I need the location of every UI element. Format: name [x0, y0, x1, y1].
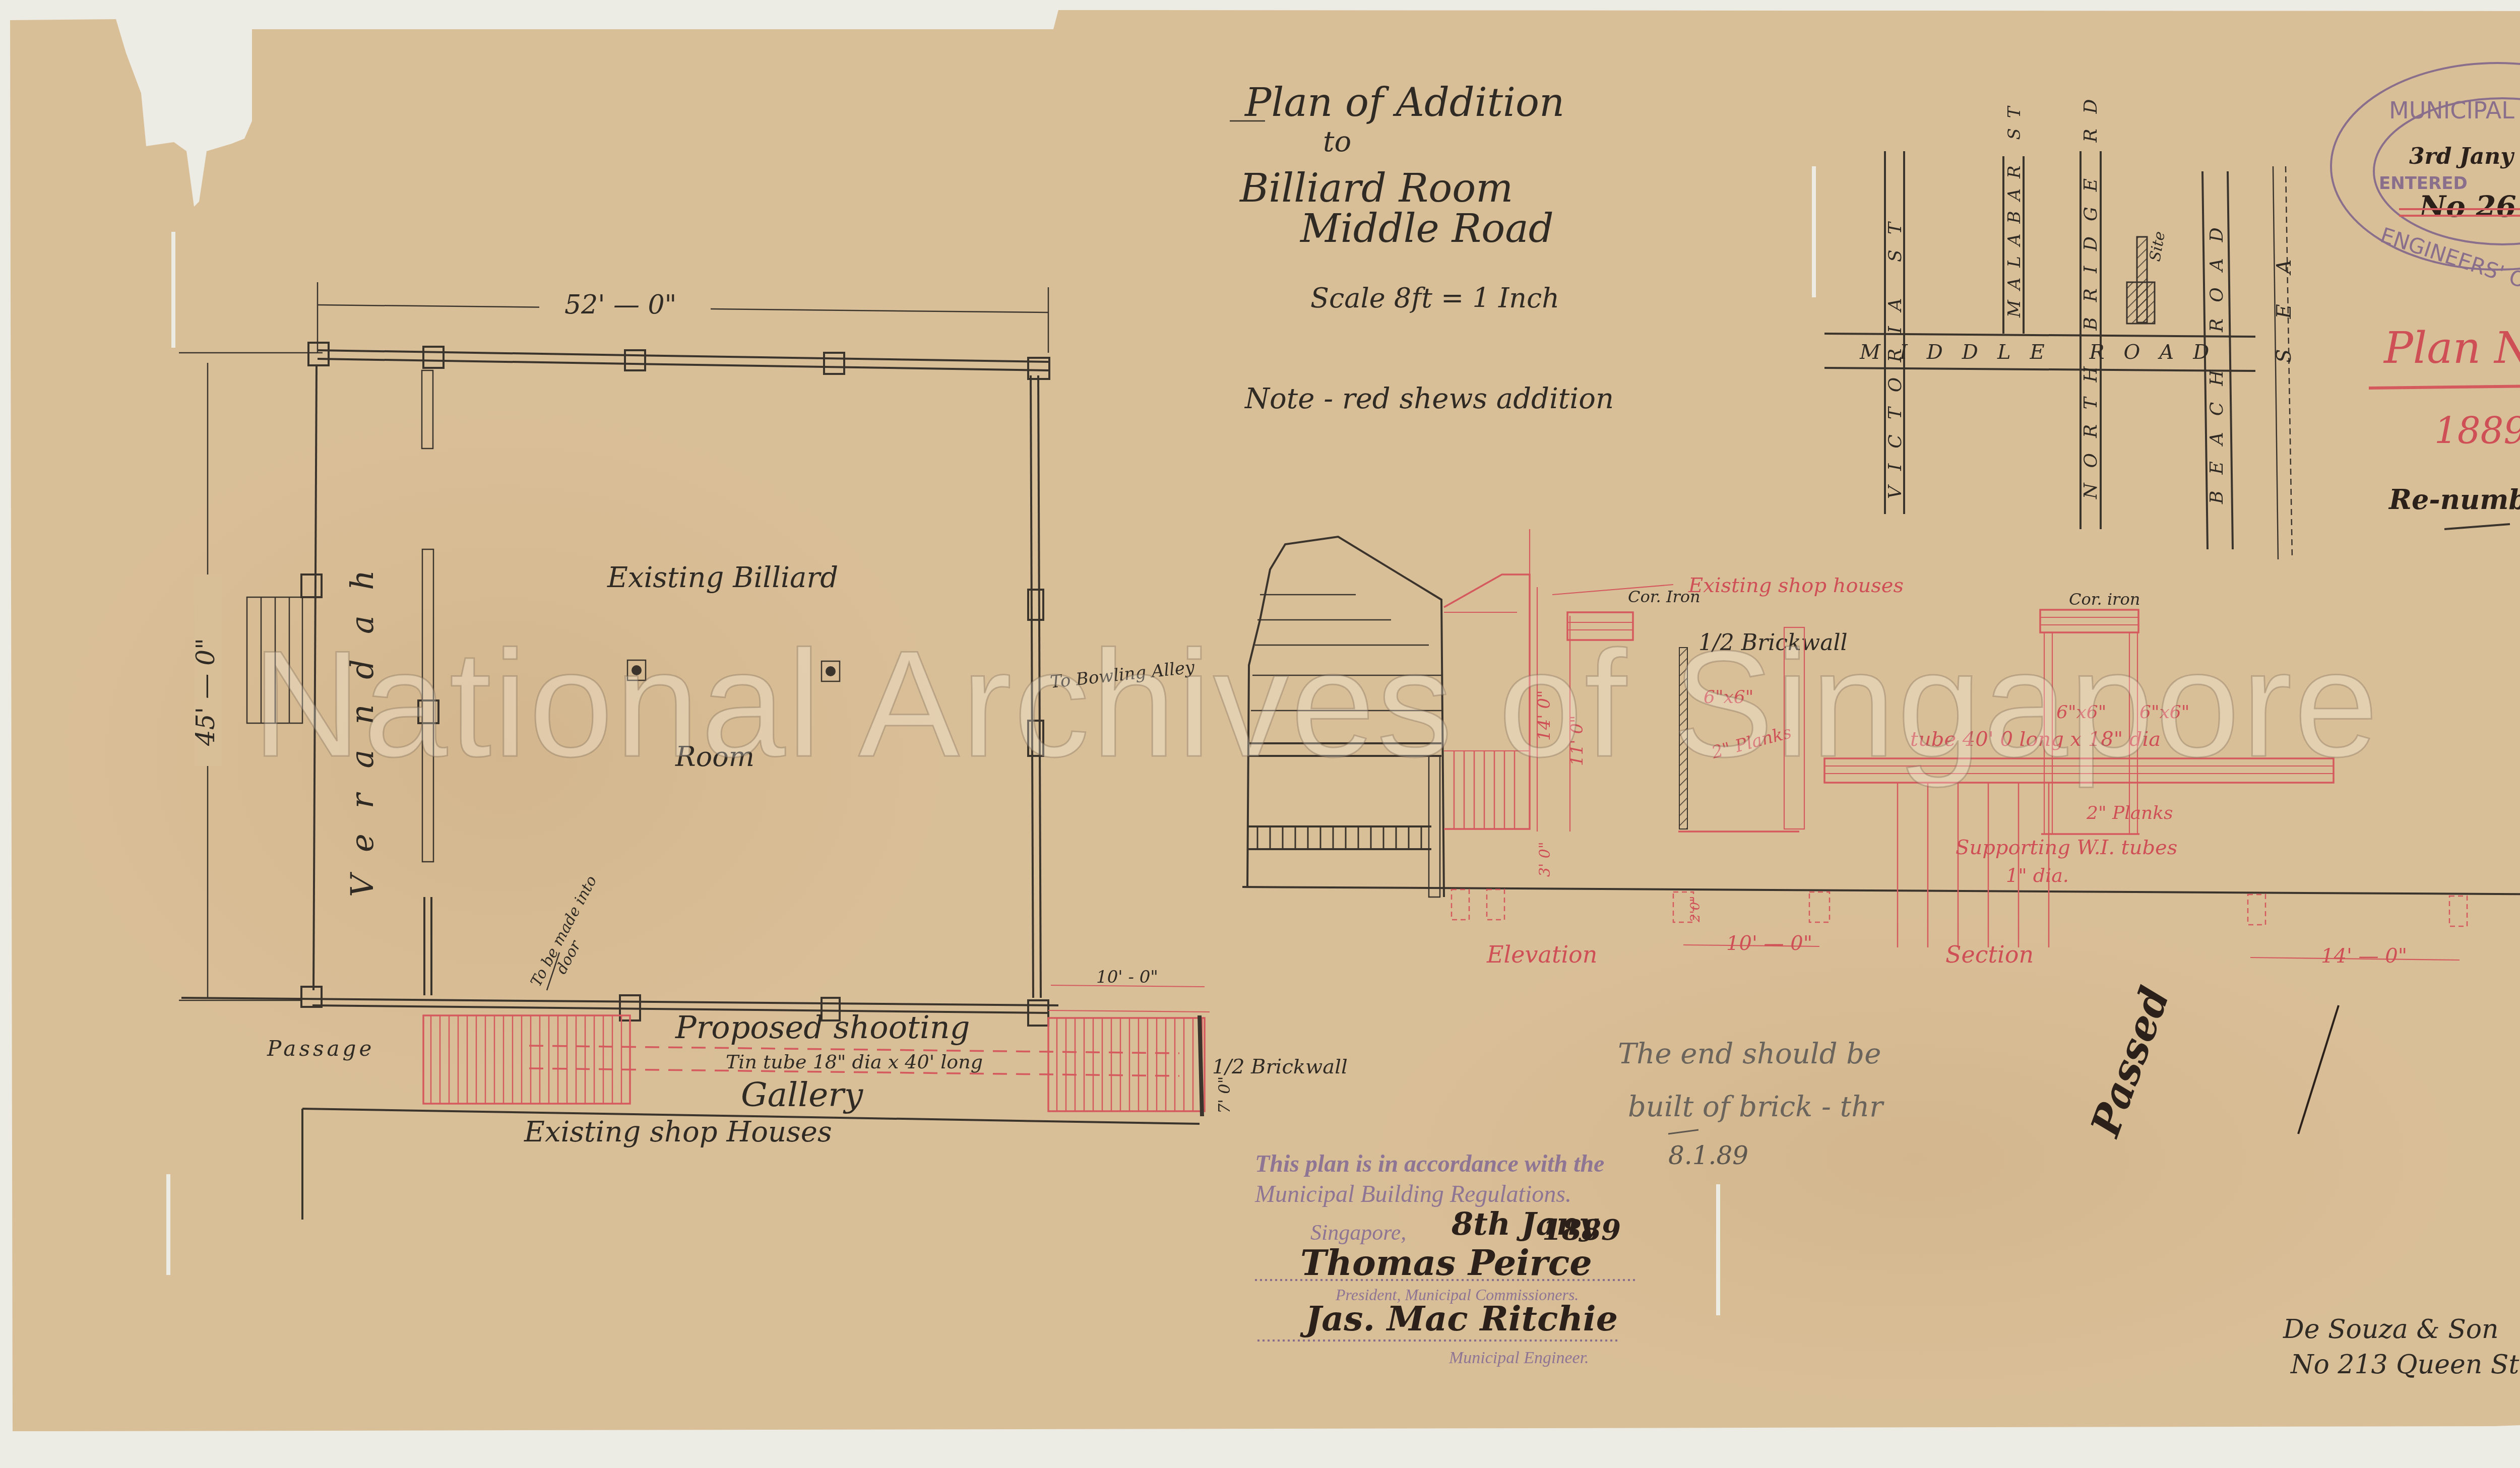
scale-label: Scale 8ft = 1 Inch — [1310, 282, 1559, 314]
stamp-number: No 26 — [2418, 189, 2516, 224]
gallery-label-1: Proposed shooting — [675, 1009, 970, 1046]
stamp-date-hand: 3rd Jany — [2409, 144, 2515, 169]
supporting-tubes-label: Supporting W.I. tubes — [1956, 836, 2177, 859]
supporting-tubes-dia: 1" dia. — [2006, 864, 2069, 886]
approval-line-2: Municipal Building Regulations. — [1254, 1181, 1571, 1207]
paper-tear — [1716, 1184, 1720, 1315]
approval-place: Singapore, — [1310, 1220, 1406, 1245]
renumbered-note: Re-numbered in 1927 — [2388, 483, 2520, 516]
street-malabar: MALABAR ST — [2004, 97, 2025, 318]
paper-tear — [166, 1174, 170, 1275]
cor-iron-label-2: Cor. iron — [2069, 590, 2140, 609]
elev-existing-shop-houses: Existing shop houses — [1688, 574, 1904, 597]
footing-dim: 2'0" — [1688, 896, 1703, 923]
note-red-addition: Note - red shews addition — [1244, 382, 1614, 415]
approval-line-1: This plan is in accordance with the — [1255, 1151, 1604, 1177]
engineer-signature: Jas. Mac Ritchie — [1300, 1299, 1618, 1339]
paper-tear — [171, 232, 175, 348]
president-signature: Thomas Peirce — [1300, 1242, 1592, 1284]
planks-label-2: 2" Planks — [2086, 803, 2173, 823]
gallery-label-2: Gallery — [741, 1075, 863, 1114]
engineer-title: Municipal Engineer. — [1448, 1349, 1589, 1367]
title-line-3: Billiard Room — [1239, 166, 1513, 211]
width-14: 14' — 0" — [2321, 944, 2407, 968]
passage-label: Passage — [267, 1036, 374, 1061]
section-label: Section — [1945, 941, 2034, 968]
pencil-note-line-1: The end should be — [1618, 1038, 1881, 1070]
brickwall-dim: 7' 0" — [1215, 1076, 1234, 1114]
gallery-end-right — [1048, 1018, 1205, 1111]
pencil-note-line-2: built of brick - thr — [1628, 1091, 1884, 1123]
title-line-2: to — [1323, 125, 1351, 158]
watermark: National Archives of Singapore — [252, 619, 2380, 789]
draughtsman-address: No 213 Queen St — [2290, 1350, 2519, 1380]
paper-tear — [1812, 166, 1816, 297]
scanned-plan-document: Plan of Addition to Billiard Room Middle… — [0, 0, 2520, 1468]
cor-iron-label-1: Cor. Iron — [1628, 587, 1700, 606]
gallery-width-dim: 10' - 0" — [1096, 967, 1158, 987]
shop-houses-label: Existing shop Houses — [524, 1116, 832, 1148]
street-north-bridge: NORTH BRIDGE RD — [2081, 84, 2101, 499]
brickwall-label: 1/2 Brickwall — [1212, 1055, 1348, 1078]
sea-label: SEA — [2273, 229, 2296, 363]
draughtsman-name: De Souza & Son — [2283, 1314, 2499, 1345]
title-line-1: Plan of Addition — [1244, 80, 1564, 125]
pencil-note-initials: 8.1.89 — [1668, 1141, 1748, 1170]
plan-number-label: Plan No. 2 — [2383, 323, 2520, 373]
height-3: 3' 0" — [1536, 842, 1554, 877]
gallery-tube-label: Tin tube 18" dia x 40' long — [726, 1051, 983, 1073]
dimension-depth: 45' — 0" — [191, 638, 220, 746]
width-10: 10' — 0" — [1726, 932, 1812, 955]
room-label-existing-billiard: Existing Billiard — [607, 561, 838, 594]
dimension-width: 52' — 0" — [564, 290, 677, 320]
street-victoria: VICTORIA ST — [1885, 207, 1906, 499]
stamp-ring-top: MUNICIPAL — [2389, 97, 2514, 124]
title-line-4: Middle Road — [1299, 206, 1554, 251]
street-beach-road: BEACH ROAD — [2207, 211, 2227, 504]
street-middle-road: MIDDLE ROAD — [1859, 341, 2228, 364]
elevation-label: Elevation — [1486, 941, 1597, 968]
gallery-end-left — [423, 1015, 630, 1104]
plan-year: 1889 — [2434, 410, 2520, 452]
